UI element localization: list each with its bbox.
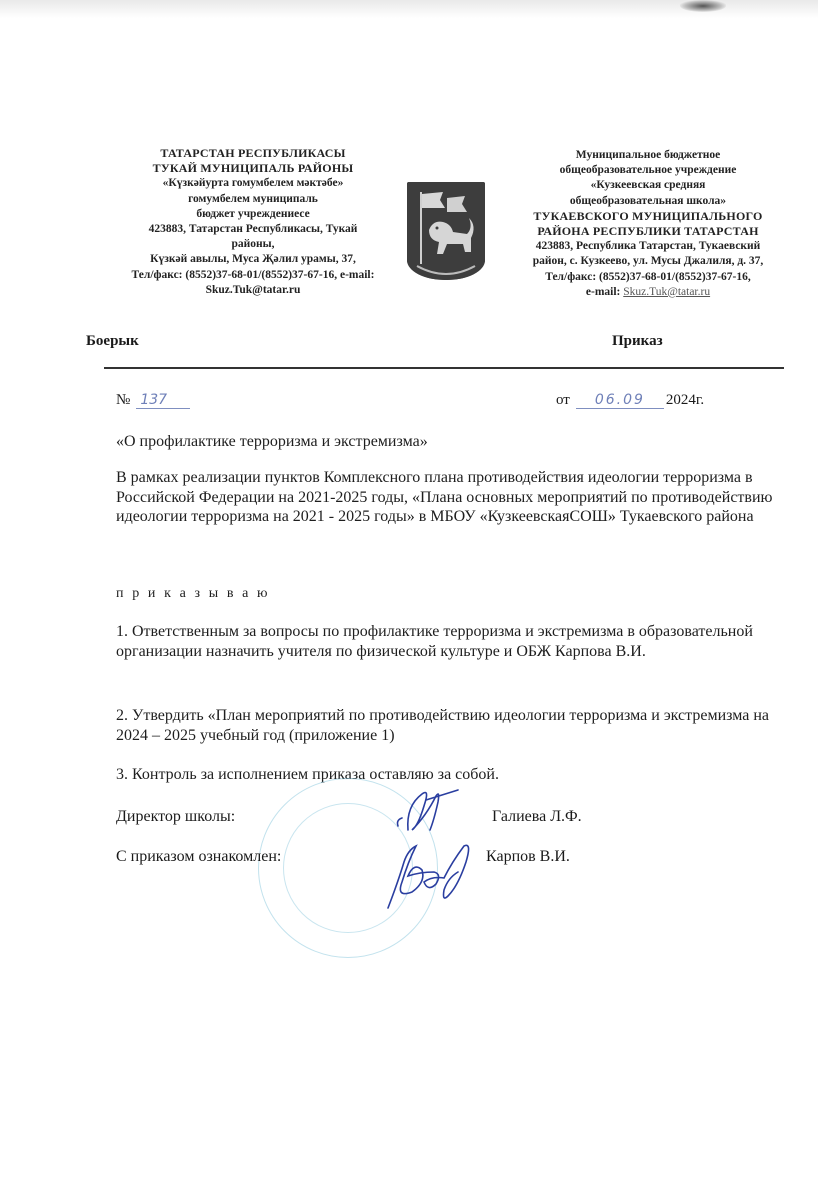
header-line: гомумбелем муниципаль (108, 192, 398, 207)
email-link[interactable]: Skuz.Tuk@tatar.ru (623, 286, 710, 298)
header-line: «Кузкеевская средняя (498, 178, 798, 193)
header-line: районы, (108, 237, 398, 252)
acknowledged-signature-icon (378, 832, 478, 912)
header-line: Тел/факс: (8552)37-68-01/(8552)37-67-16, (498, 270, 798, 285)
header-line: ТУКАЕВСКОГО МУНИЦИПАЛЬНОГО (498, 209, 798, 224)
header-line: 423883, Татарстан Республикасы, Тукай (108, 222, 398, 237)
header-line: Skuz.Tuk@tatar.ru (108, 283, 398, 298)
order-item: 3. Контроль за исполнением приказа остав… (116, 765, 796, 785)
order-number-label: № (116, 392, 130, 408)
director-label: Директор школы: (116, 808, 235, 826)
header-line: общеобразовательное учреждение (498, 163, 798, 178)
order-preamble: В рамках реализации пунктов Комплексного… (116, 468, 796, 527)
header-line: «Күзкәйурта гомумбелем мәктәбе» (108, 176, 398, 191)
director-name: Галиева Л.Ф. (492, 808, 582, 826)
header-line: Муниципальное бюджетное (498, 148, 798, 163)
title-tatar: Боерык (86, 333, 139, 350)
header-line: бюджет учреждениесе (108, 207, 398, 222)
order-number: №137 (116, 392, 190, 409)
order-number-value: 137 (136, 392, 190, 409)
scan-artifact (680, 0, 726, 12)
header-line: ТАТАРСТАН РЕСПУБЛИКАСЫ (108, 146, 398, 161)
header-line: РАЙОНА РЕСПУБЛИКИ ТАТАРСТАН (498, 224, 798, 239)
title-russian: Приказ (612, 333, 663, 350)
order-date: от06.092024г. (556, 392, 704, 409)
header-tatar: ТАТАРСТАН РЕСПУБЛИКАСЫ ТУКАЙ МУНИЦИПАЛЬ … (108, 146, 398, 298)
order-subject: «О профилактике терроризма и экстремизма… (116, 432, 796, 452)
header-email-line: e-mail: Skuz.Tuk@tatar.ru (498, 285, 798, 300)
header-divider (104, 367, 784, 369)
email-label: e-mail: (586, 286, 620, 298)
header-line: Күзкәй авылы, Муса Җәлил урамы, 37, (108, 252, 398, 267)
header-line: район, с. Кузкеево, ул. Мусы Джалиля, д.… (498, 254, 798, 269)
order-date-value: 06.09 (576, 392, 664, 409)
acknowledged-name: Карпов В.И. (486, 848, 570, 866)
header-line: 423883, Республика Татарстан, Тукаевский (498, 239, 798, 254)
scan-artifact (660, 1164, 780, 1172)
order-item: 1. Ответственным за вопросы по профилакт… (116, 622, 796, 661)
order-date-suffix: 2024г. (666, 392, 704, 408)
acknowledged-label: С приказом ознакомлен: (116, 848, 281, 866)
header-russian: Муниципальное бюджетное общеобразователь… (498, 148, 798, 300)
order-word: п р и к а з ы в а ю (116, 584, 796, 604)
header-line: ТУКАЙ МУНИЦИПАЛЬ РАЙОНЫ (108, 161, 398, 176)
coat-of-arms-icon (407, 182, 485, 280)
header-line: общеобразовательная школа» (498, 194, 798, 209)
header-line: Тел/факс: (8552)37-68-01/(8552)37-67-16,… (108, 268, 398, 283)
order-date-prefix: от (556, 392, 570, 408)
order-item: 2. Утвердить «План мероприятий по против… (116, 706, 796, 745)
